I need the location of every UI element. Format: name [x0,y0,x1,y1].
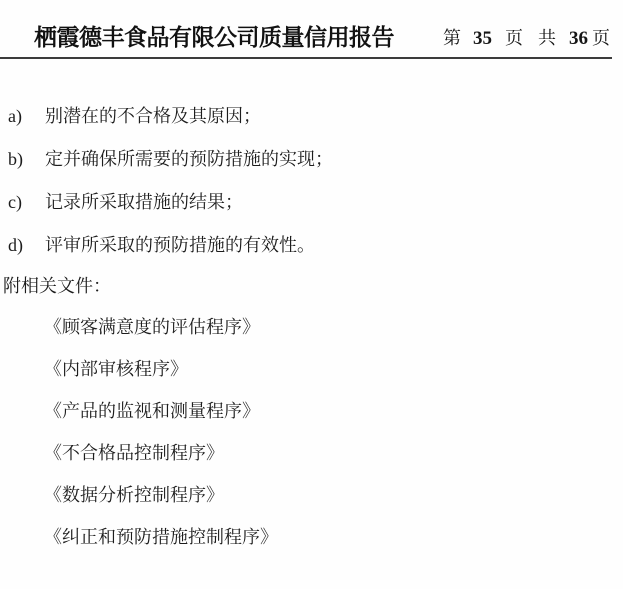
list-item-marker: b) [8,150,45,170]
list-item-text: 定并确保所需要的预防措施的实现； [45,149,333,169]
document-page: 栖霞德丰食品有限公司质量信用报告 第35页共36页 a)别潜在的不合格及其原因；… [0,0,623,589]
list-item: d)评审所采取的预防措施的有效性。 [8,236,315,256]
list-item-text: 评审所采取的预防措施的有效性。 [45,235,315,255]
referenced-document: 《产品的监视和测量程序》 [44,402,260,422]
list-item-text: 记录所采取措施的结果； [45,192,243,212]
page-info-prefix: 第 [443,24,461,50]
page-info-page-word: 页 [505,24,523,50]
list-item-text: 别潜在的不合格及其原因； [45,106,261,126]
list-item: a)别潜在的不合格及其原因； [8,107,261,127]
page-info-total-word: 共 [538,24,556,50]
referenced-document: 《数据分析控制程序》 [44,486,224,506]
current-page-number: 35 [473,28,492,50]
list-item: b)定并确保所需要的预防措施的实现； [8,150,333,170]
referenced-document: 《不合格品控制程序》 [44,444,224,464]
list-item-marker: a) [8,107,45,127]
report-title: 栖霞德丰食品有限公司质量信用报告 [34,19,394,52]
referenced-document: 《内部审核程序》 [44,360,188,380]
total-page-number: 36 [569,28,588,50]
referenced-document: 《顾客满意度的评估程序》 [44,318,260,338]
list-item-marker: d) [8,236,45,256]
referenced-document: 《纠正和预防措施控制程序》 [44,528,278,548]
list-item: c)记录所采取措施的结果； [8,193,243,213]
header-divider [0,57,612,59]
page-number-indicator: 第35页共36页 [443,24,610,50]
page-info-suffix: 页 [592,24,610,50]
list-item-marker: c) [8,193,45,213]
attachments-heading: 附相关文件： [3,277,111,297]
